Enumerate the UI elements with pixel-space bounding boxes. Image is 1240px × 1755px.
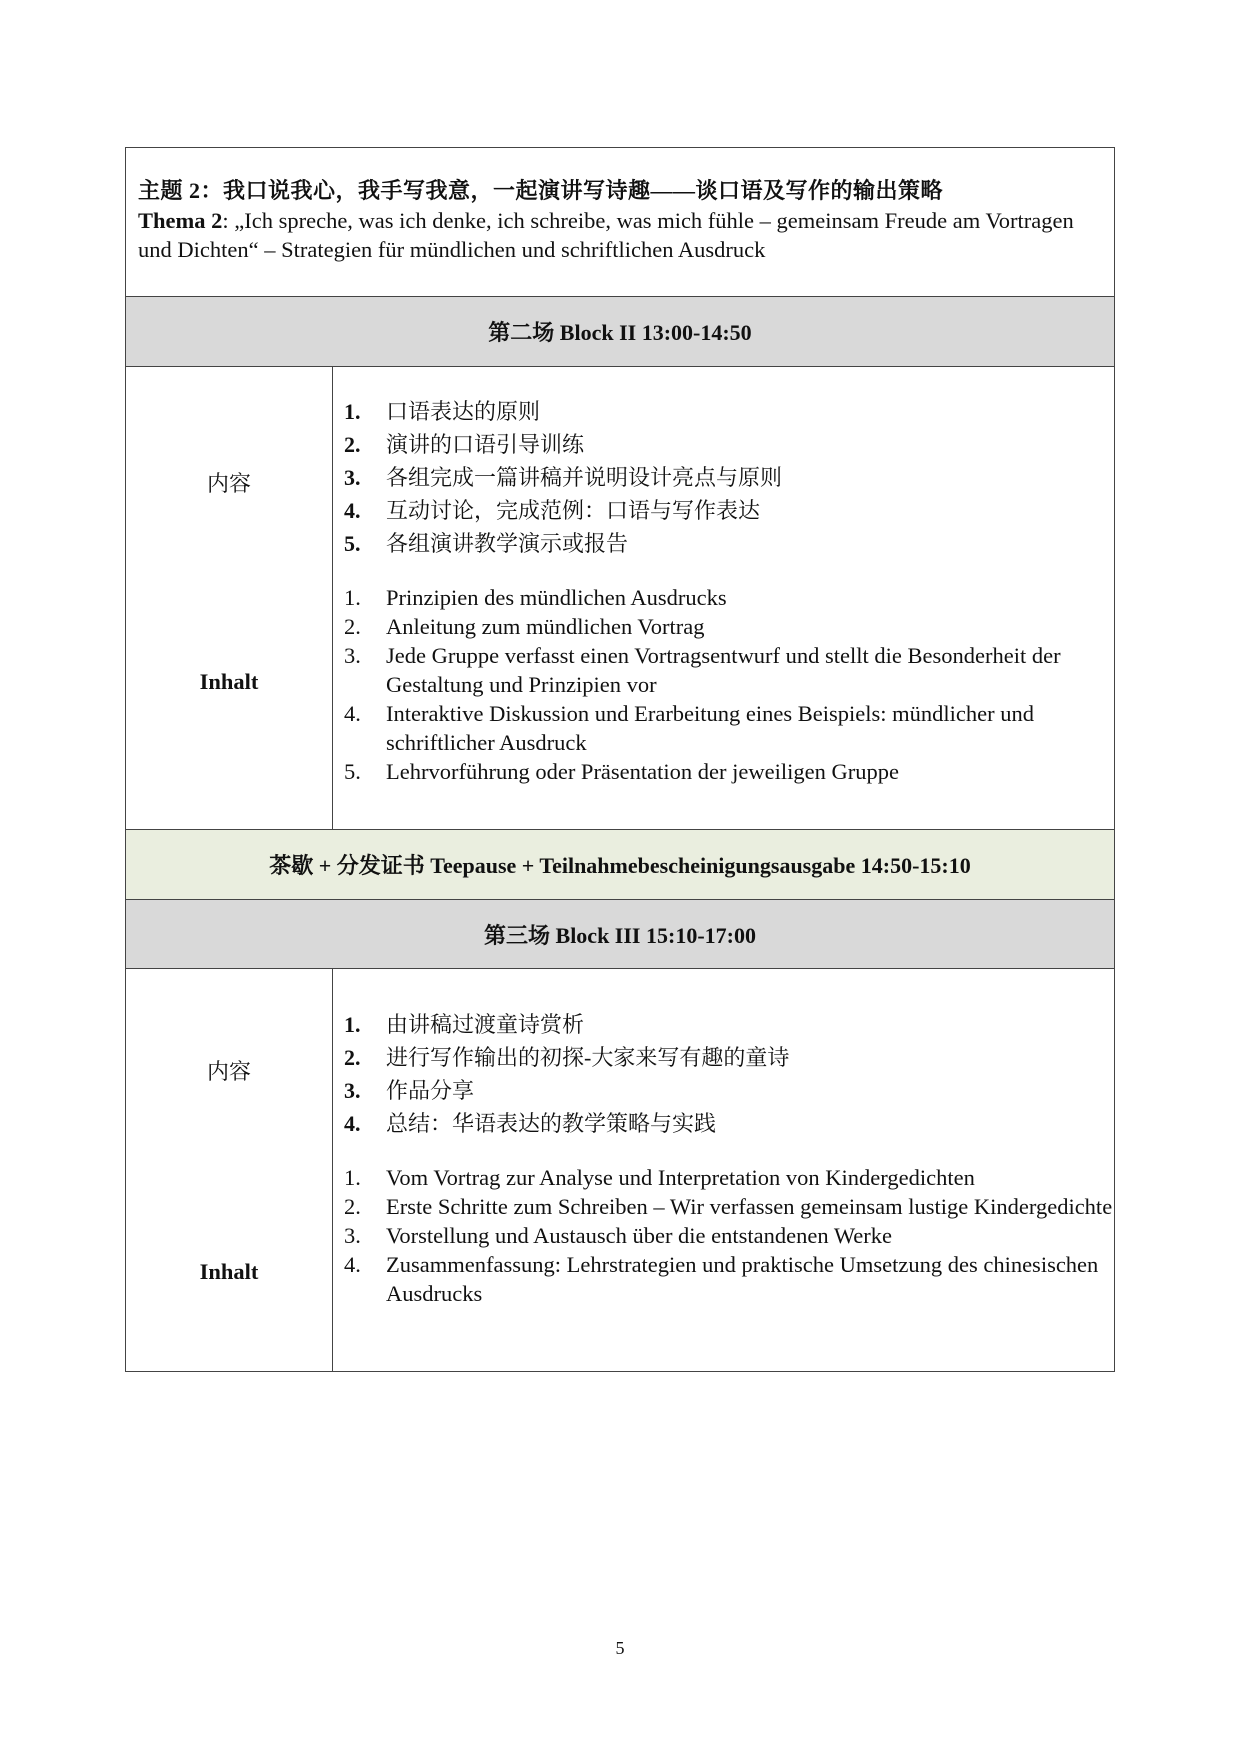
list-item-text: 口语表达的原则 <box>386 395 540 428</box>
page-number: 5 <box>0 1638 1240 1659</box>
block-3-label-cell: 内容 Inhalt <box>126 969 333 1371</box>
block-3-items-cell: 1.由讲稿过渡童诗赏析2.进行写作输出的初探-大家来写有趣的童诗3.作品分享4.… <box>333 969 1114 1371</box>
list-item-number: 1. <box>344 1163 386 1192</box>
list-item: 1.Vom Vortrag zur Analyse und Interpreta… <box>344 1163 1114 1192</box>
block-2-list-de: 1.Prinzipien des mündlichen Ausdrucks2.A… <box>344 583 1114 786</box>
list-item-text: Interaktive Diskussion und Erarbeitung e… <box>386 699 1114 757</box>
list-item: 2.Erste Schritte zum Schreiben – Wir ver… <box>344 1192 1114 1221</box>
list-item-text: Vorstellung und Austausch über die entst… <box>386 1221 892 1250</box>
list-item-number: 5. <box>344 527 386 560</box>
list-item-text: 进行写作输出的初探-大家来写有趣的童诗 <box>386 1041 789 1074</box>
block-3-header: 第三场 Block III 15:10-17:00 <box>126 900 1114 969</box>
list-item-text: 各组演讲教学演示或报告 <box>386 527 628 560</box>
theme-title-cn: 主题 2：我口说我心，我手写我意，一起演讲写诗趣——谈口语及写作的输出策略 <box>138 176 1100 206</box>
label-content-cn: 内容 <box>126 1055 332 1086</box>
list-item-number: 5. <box>344 757 386 786</box>
list-item-text: Lehrvorführung oder Präsentation der jew… <box>386 757 899 786</box>
list-item-text: 作品分享 <box>386 1074 474 1107</box>
list-item: 4.Zusammenfassung: Lehrstrategien und pr… <box>344 1250 1114 1308</box>
list-item-text: 演讲的口语引导训练 <box>386 428 584 461</box>
label-content-de: Inhalt <box>126 669 332 695</box>
list-item-number: 1. <box>344 1008 386 1041</box>
list-item-text: 由讲稿过渡童诗赏析 <box>386 1008 584 1041</box>
block-2-list-cn: 1.口语表达的原则2.演讲的口语引导训练3.各组完成一篇讲稿并说明设计亮点与原则… <box>344 395 1114 560</box>
list-item-text: 互动讨论，完成范例：口语与写作表达 <box>386 494 760 527</box>
list-item-number: 3. <box>344 461 386 494</box>
block-2-items-cell: 1.口语表达的原则2.演讲的口语引导训练3.各组完成一篇讲稿并说明设计亮点与原则… <box>333 367 1114 829</box>
list-item-number: 1. <box>344 395 386 428</box>
list-item: 5.Lehrvorführung oder Präsentation der j… <box>344 757 1114 786</box>
list-item-number: 2. <box>344 428 386 461</box>
list-item-number: 3. <box>344 1074 386 1107</box>
list-item: 4.互动讨论，完成范例：口语与写作表达 <box>344 494 1114 527</box>
list-item-text: Jede Gruppe verfasst einen Vortragsentwu… <box>386 641 1114 699</box>
list-item-text: Vom Vortrag zur Analyse und Interpretati… <box>386 1163 975 1192</box>
theme-prefix-de: Thema 2 <box>138 208 222 233</box>
theme-text-cn: 我口说我心，我手写我意，一起演讲写诗趣——谈口语及写作的输出策略 <box>223 178 943 203</box>
list-item: 1.由讲稿过渡童诗赏析 <box>344 1008 1114 1041</box>
list-item-text: 总结：华语表达的教学策略与实践 <box>386 1107 716 1140</box>
list-item-text: 各组完成一篇讲稿并说明设计亮点与原则 <box>386 461 782 494</box>
list-item-text: Prinzipien des mündlichen Ausdrucks <box>386 583 727 612</box>
label-content-cn: 内容 <box>126 467 332 498</box>
list-item: 2.演讲的口语引导训练 <box>344 428 1114 461</box>
list-item: 3.Jede Gruppe verfasst einen Vortragsent… <box>344 641 1114 699</box>
list-item-number: 4. <box>344 1107 386 1140</box>
list-item-number: 3. <box>344 641 386 699</box>
block-3-content-row: 内容 Inhalt 1.由讲稿过渡童诗赏析2.进行写作输出的初探-大家来写有趣的… <box>126 969 1114 1371</box>
block-2-header: 第二场 Block II 13:00-14:50 <box>126 297 1114 367</box>
list-item: 4.总结：华语表达的教学策略与实践 <box>344 1107 1114 1140</box>
block-2-label-cell: 内容 Inhalt <box>126 367 333 829</box>
list-item: 1.Prinzipien des mündlichen Ausdrucks <box>344 583 1114 612</box>
list-item: 2.Anleitung zum mündlichen Vortrag <box>344 612 1114 641</box>
list-item-number: 2. <box>344 1192 386 1221</box>
theme-title-row: 主题 2：我口说我心，我手写我意，一起演讲写诗趣——谈口语及写作的输出策略 Th… <box>126 148 1114 297</box>
break-row: 茶歇 + 分发证书 Teepause + Teilnahmebescheinig… <box>126 830 1114 900</box>
schedule-table: 主题 2：我口说我心，我手写我意，一起演讲写诗趣——谈口语及写作的输出策略 Th… <box>125 147 1115 1372</box>
theme-prefix-cn: 主题 2： <box>138 178 223 203</box>
list-item: 5.各组演讲教学演示或报告 <box>344 527 1114 560</box>
list-item: 2.进行写作输出的初探-大家来写有趣的童诗 <box>344 1041 1114 1074</box>
list-item-text: Anleitung zum mündlichen Vortrag <box>386 612 705 641</box>
list-item: 3.Vorstellung und Austausch über die ent… <box>344 1221 1114 1250</box>
list-item: 4.Interaktive Diskussion und Erarbeitung… <box>344 699 1114 757</box>
list-item-number: 3. <box>344 1221 386 1250</box>
list-item: 3.作品分享 <box>344 1074 1114 1107</box>
block-3-list-cn: 1.由讲稿过渡童诗赏析2.进行写作输出的初探-大家来写有趣的童诗3.作品分享4.… <box>344 1008 1114 1140</box>
theme-text-de: : „Ich spreche, was ich denke, ich schre… <box>138 208 1074 262</box>
list-item-number: 1. <box>344 583 386 612</box>
list-item-number: 4. <box>344 1250 386 1308</box>
list-item-number: 4. <box>344 494 386 527</box>
list-item: 3.各组完成一篇讲稿并说明设计亮点与原则 <box>344 461 1114 494</box>
list-item-number: 2. <box>344 612 386 641</box>
label-content-de: Inhalt <box>126 1259 332 1285</box>
block-3-list-de: 1.Vom Vortrag zur Analyse und Interpreta… <box>344 1163 1114 1308</box>
list-item: 1.口语表达的原则 <box>344 395 1114 428</box>
list-item-text: Zusammenfassung: Lehrstrategien und prak… <box>386 1250 1114 1308</box>
theme-title-de: Thema 2: „Ich spreche, was ich denke, ic… <box>138 206 1100 264</box>
list-item-number: 2. <box>344 1041 386 1074</box>
list-item-text: Erste Schritte zum Schreiben – Wir verfa… <box>386 1192 1112 1221</box>
list-item-number: 4. <box>344 699 386 757</box>
block-2-content-row: 内容 Inhalt 1.口语表达的原则2.演讲的口语引导训练3.各组完成一篇讲稿… <box>126 367 1114 830</box>
